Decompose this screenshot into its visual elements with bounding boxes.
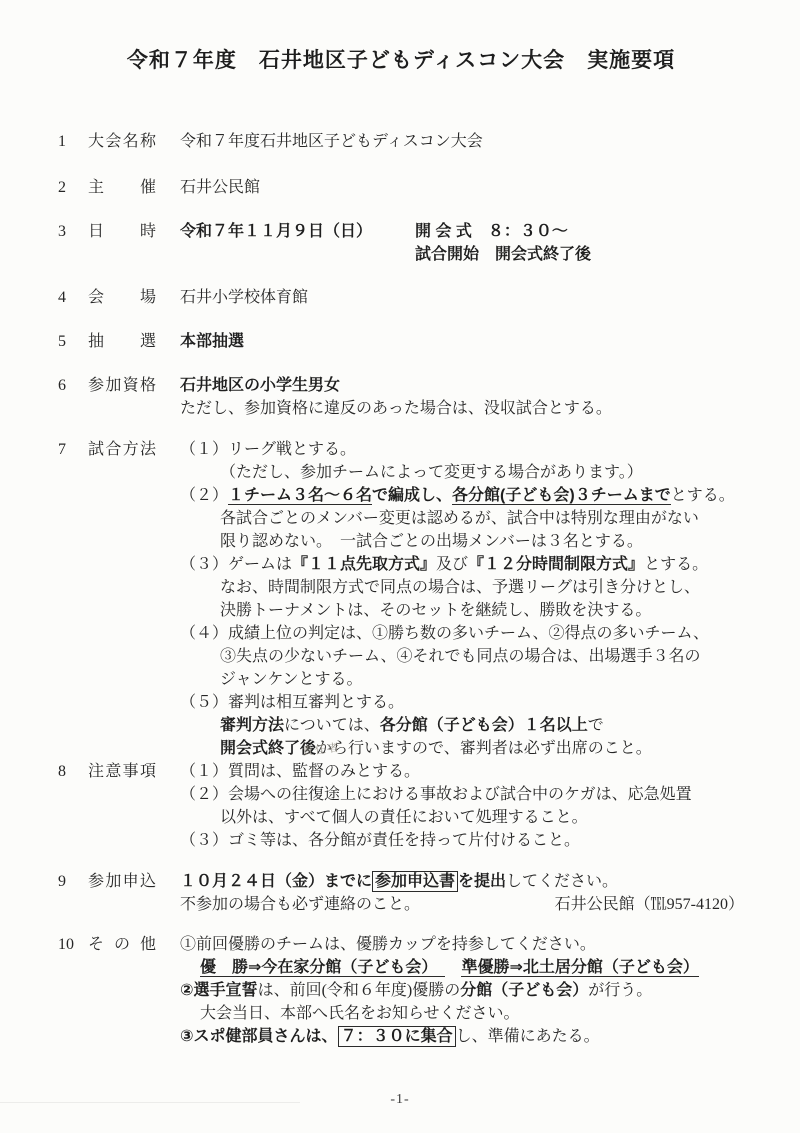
item-label: 日時 <box>88 220 156 243</box>
text-segment: とする。 <box>644 556 708 573</box>
event-date: 令和７年１１月９日（日） <box>180 220 415 266</box>
item-text: 本部抽選 <box>180 333 244 350</box>
item-10-others: 10 その他 ①前回優勝のチームは、優勝カップを持参してください。 優 勝⇒今在… <box>58 933 744 1048</box>
text-segment: （２） <box>180 487 228 504</box>
item-label: 試合方法 <box>88 438 156 461</box>
text-segment: ジャンケンとする。 <box>220 671 363 688</box>
contact-phone: 石井公民館（℡957-4120） <box>555 893 744 916</box>
text-segment: 決勝トーナメントは、そのセットを継続し、勝敗を決する。 <box>220 602 651 619</box>
item-label: 会場 <box>88 286 156 309</box>
rule-line: 開会式終了後から行いますので、審判者は必ず出席のこと。 <box>180 737 744 760</box>
other-line: ③スポ健部員さんは、７：３０に集合し、準備にあたる。 <box>180 1025 744 1048</box>
eligibility-main: 石井地区の小学生男女 <box>180 377 340 394</box>
text-segment: で <box>588 717 604 734</box>
other-line: ①前回優勝のチームは、優勝カップを持参してください。 <box>180 933 744 956</box>
text-segment: （４）成績上位の判定は、①勝ち数の多いチーム、②得点の多いチーム、 <box>180 625 709 642</box>
application-contact-line: 不参加の場合も必ず連絡のこと。 石井公民館（℡957-4120） <box>180 893 744 916</box>
caution-line: （２）会場への往復途上における事故および試合中のケガは、応急処置 <box>180 783 744 806</box>
rule-line: （４）成績上位の判定は、①勝ち数の多いチーム、②得点の多いチーム、 <box>180 622 744 645</box>
item-number: 9 <box>58 870 88 893</box>
rule-line: （１）リーグ戦とする。 <box>180 438 744 461</box>
text-segment: （１）質問は、 <box>180 763 292 780</box>
opening-ceremony-time: 開 会 式 ８：３０～ <box>415 220 591 243</box>
rule-line: （５）審判は相互審判とする。 <box>180 691 744 714</box>
text-segment-bold: １０月２４日（金）までに <box>180 873 372 890</box>
item-6-eligibility: 6 参加資格 石井地区の小学生男女 ただし、参加資格に違反のあった場合は、没収試… <box>58 374 744 420</box>
eligibility-note: ただし、参加資格に違反のあった場合は、没収試合とする。 <box>180 400 612 417</box>
rule-line: 限り認めない。 一試合ごとの出場メンバーは３名とする。 <box>180 530 744 553</box>
rule-line: 各試合ごとのメンバー変更は認めるが、試合中は特別な理由がない <box>180 507 744 530</box>
page-number: -1- <box>0 1088 800 1111</box>
item-9-application: 9 参加申込 １０月２４日（金）までに参加申込書を提出してください。 不参加の場… <box>58 870 744 916</box>
rule-line: （ただし、参加チームによって変更する場合があります。） <box>180 461 744 484</box>
item-text: 令和７年度石井地区子どもディスコン大会 <box>180 133 483 150</box>
text-segment: 以外は、すべて個人の責任において処理すること。 <box>220 809 588 826</box>
rule-line: 審判方法については、各分館（子ども会）１名以上で <box>180 714 744 737</box>
item-7-match-rules: 7 試合方法 （１）リーグ戦とする。 （ただし、参加チームによって変更する場合が… <box>58 438 744 760</box>
text-segment: は、前回(令和６年度)優勝の <box>258 982 461 999</box>
text-segment-bold: 各分館（子ども会）１名以上 <box>380 717 588 734</box>
item-label: 大会名称 <box>88 130 156 153</box>
text-segment: ③失点の少ないチーム、④それでも同点の場合は、出場選手３名の <box>220 648 700 665</box>
rule-line: なお、時間制限方式で同点の場合は、予選リーグは引き分けとし、 <box>180 576 744 599</box>
other-line: 大会当日、本部へ氏名をお知らせください。 <box>180 1002 744 1025</box>
previous-winners-line: 優 勝⇒今在家分館（子ども会） 準優勝⇒北土居分館（子ども会） <box>180 956 744 979</box>
item-number: 2 <box>58 176 88 199</box>
text-segment: 大会当日、本部へ氏名をお知らせください。 <box>200 1005 520 1022</box>
rule-line: （３）ゲームは『１１点先取方式』及び『１２分時間制限方式』とする。 <box>180 553 744 576</box>
item-number: 1 <box>58 130 88 153</box>
text-segment-bold: 『１２分時間制限方式』 <box>468 556 644 573</box>
application-form-box: 参加申込書 <box>372 871 458 892</box>
text-segment: ①前回優勝のチームは、優勝カップを持参してください。 <box>180 936 596 953</box>
other-line: ②選手宣誓は、前回(令和６年度)優勝の分館（子ども会）が行う。 <box>180 979 744 1002</box>
item-number: 7 <box>58 438 88 461</box>
item-3-date-time: 3 日時 令和７年１１月９日（日） 開 会 式 ８：３０～ 試合開始 開会式終了… <box>58 220 744 266</box>
item-number: 10 <box>58 933 88 956</box>
text-segment: から行いますので、審判者は必ず出席のこと。 <box>316 740 652 757</box>
text-segment: 各試合ごとのメンバー変更は認めるが、試合中は特別な理由がない <box>220 510 699 527</box>
text-segment-bold: ③スポ健部員さんは、 <box>180 1028 338 1045</box>
text-segment-emphasis: １チーム３名～６名 <box>228 487 372 505</box>
item-5-drawing: 5 抽選 本部抽選 <box>58 330 744 353</box>
item-label: 抽選 <box>88 330 156 353</box>
rule-line: ジャンケンとする。 <box>180 668 744 691</box>
caution-line: （１）質問は、責任者監督のみとする。 <box>180 760 744 783</box>
runner-up-segment: 準優勝⇒北土居分館（子ども会） <box>461 959 698 977</box>
text-segment: のみとする。 <box>324 763 420 780</box>
item-label: その他 <box>88 933 156 956</box>
text-segment: （１）リーグ戦とする。 <box>180 441 356 458</box>
text-segment: し、準備にあたる。 <box>456 1028 600 1045</box>
item-number: 8 <box>58 760 88 783</box>
text-segment-bold: 『１１点先取方式』 <box>292 556 436 573</box>
rule-line: 決勝トーナメントは、そのセットを継続し、勝敗を決する。 <box>180 599 744 622</box>
caution-line: 以外は、すべて個人の責任において処理すること。 <box>180 806 744 829</box>
text-segment: については、 <box>284 717 380 734</box>
schedule-column: 開 会 式 ８：３０～ 試合開始 開会式終了後 <box>415 220 591 266</box>
rule-line: （２）１チーム３名～６名で編成し、各分館(子ども会)３チームまでとする。 <box>180 484 744 507</box>
item-number: 3 <box>58 220 88 243</box>
item-2-organizer: 2 主催 石井公民館 <box>58 176 744 199</box>
text-segment: なお、時間制限方式で同点の場合は、予選リーグは引き分けとし、 <box>220 579 700 596</box>
item-label: 注意事項 <box>88 760 156 783</box>
assembly-time-box: ７：３０に集合 <box>338 1026 456 1047</box>
document-title: 令和７年度 石井地区子どもディスコン大会 実施要項 <box>58 46 744 76</box>
text-segment: が行う。 <box>588 982 652 999</box>
text-segment: （２）会場への往復途上における事故および試合中のケガは、応急処置 <box>180 786 692 803</box>
text-segment <box>445 959 461 976</box>
text-segment: してください。 <box>506 873 618 890</box>
text-segment: （３）ゲームは <box>180 556 292 573</box>
text-segment: （３）ゴミ等は、各分館が責任を持って片付けること。 <box>180 832 580 849</box>
text-segment-emphasis: 各分館(子ども会)３チームまで <box>452 487 671 505</box>
item-label: 参加資格 <box>88 374 156 397</box>
item-text: 石井公民館 <box>180 179 260 196</box>
item-label: 参加申込 <box>88 870 156 893</box>
text-segment: 及び <box>436 556 468 573</box>
text-segment-bold: を提出 <box>458 873 506 890</box>
text-segment: 限り認めない。 一試合ごとの出場メンバーは３名とする。 <box>220 533 643 550</box>
text-segment-bold: で編成し、 <box>372 487 452 504</box>
item-text: 石井小学校体育館 <box>180 289 308 306</box>
text-segment: （ただし、参加チームによって変更する場合があります。） <box>220 464 643 481</box>
item-4-venue: 4 会場 石井小学校体育館 <box>58 286 744 309</box>
item-label: 主催 <box>88 176 156 199</box>
item-number: 4 <box>58 286 88 309</box>
item-number: 5 <box>58 330 88 353</box>
text-segment-bold: ②選手宣誓 <box>180 982 258 999</box>
caution-line: （３）ゴミ等は、各分館が責任を持って片付けること。 <box>180 829 744 852</box>
text-segment-bold: 審判方法 <box>220 717 284 734</box>
text-segment-bold: 分館（子ども会） <box>460 982 588 999</box>
document-page: 令和７年度 石井地区子どもディスコン大会 実施要項 1 大会名称 令和７年度石井… <box>0 0 800 1133</box>
text-segment: 監督 <box>292 763 324 780</box>
item-number: 6 <box>58 374 88 397</box>
text-segment: 不参加の場合も必ず連絡のこと。 <box>180 893 420 916</box>
winner-segment: 優 勝⇒今在家分館（子ども会） <box>200 959 445 977</box>
application-deadline-line: １０月２４日（金）までに参加申込書を提出してください。 <box>180 870 744 893</box>
match-start-time: 試合開始 開会式終了後 <box>415 243 591 266</box>
item-8-cautions: 8 注意事項 （１）質問は、責任者監督のみとする。 （２）会場への往復途上におけ… <box>58 760 744 852</box>
rule-line: ③失点の少ないチーム、④それでも同点の場合は、出場選手３名の <box>180 645 744 668</box>
text-segment: （５）審判は相互審判とする。 <box>180 694 404 711</box>
text-segment: とする。 <box>671 487 735 504</box>
item-1-tournament-name: 1 大会名称 令和７年度石井地区子どもディスコン大会 <box>58 130 744 153</box>
